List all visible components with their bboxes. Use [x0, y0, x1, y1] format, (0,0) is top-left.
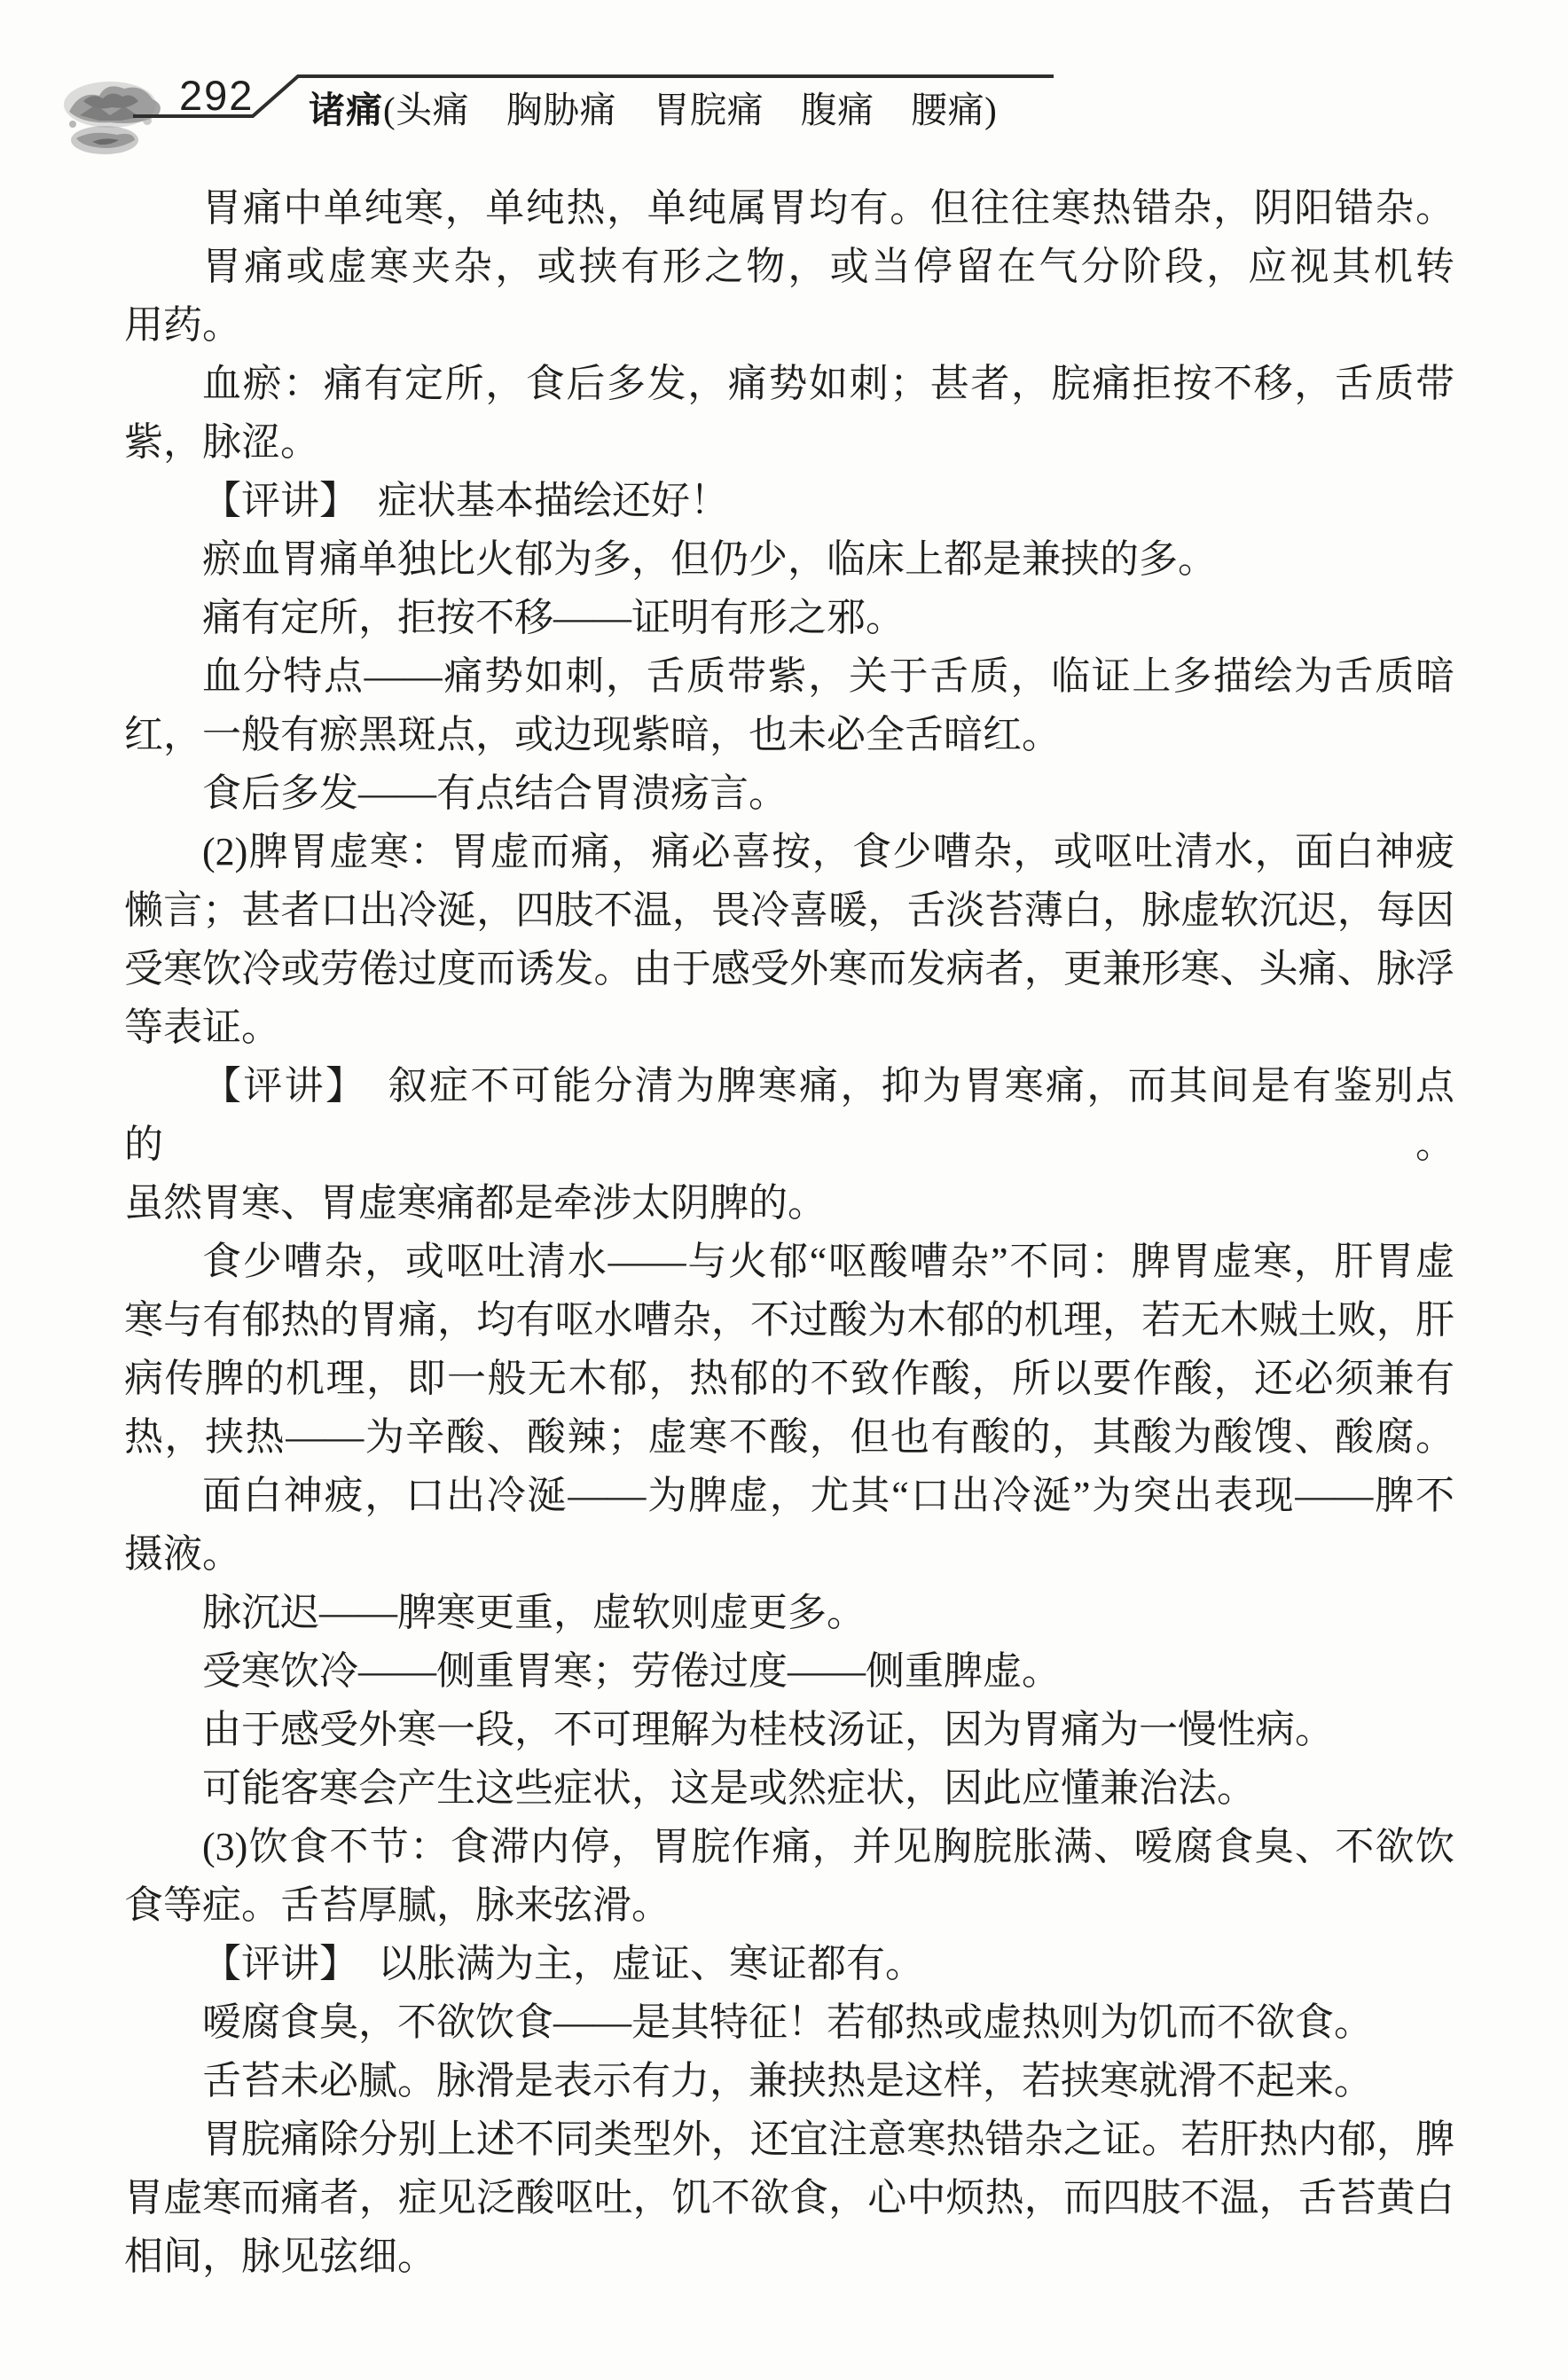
text-line: 【评讲】 叙症不可能分清为脾寒痛，抑为胃寒痛，而其间是有鉴别点的。 [124, 1057, 1454, 1174]
text-line: 可能客寒会产生这些症状，这是或然症状，因此应懂兼治法。 [124, 1759, 1454, 1818]
paragraph: 胃痛或虚寒夹杂，或挟有形之物，或当停留在气分阶段，应视其机转用药。 [124, 238, 1454, 355]
text-line: 胃痛或虚寒夹杂，或挟有形之物，或当停留在气分阶段，应视其机转 [124, 238, 1454, 296]
paragraph: 【评讲】 叙症不可能分清为脾寒痛，抑为胃寒痛，而其间是有鉴别点的。虽然胃寒、胃虚… [124, 1057, 1454, 1233]
text-line: 嗳腐食臭，不欲饮食——是其特征！若郁热或虚热则为饥而不欲食。 [124, 1993, 1454, 2052]
text-line: 食后多发——有点结合胃溃疡言。 [124, 764, 1454, 823]
paragraph: 血分特点——痛势如刺，舌质带紫，关于舌质，临证上多描绘为舌质暗红，一般有瘀黑斑点… [124, 647, 1454, 764]
paragraph: 胃脘痛除分别上述不同类型外，还宜注意寒热错杂之证。若肝热内郁，脾胃虚寒而痛者，症… [124, 2110, 1454, 2286]
text-line: 舌苔未必腻。脉滑是表示有力，兼挟热是这样，若挟寒就滑不起来。 [124, 2052, 1454, 2110]
text-line: 用药。 [124, 296, 1454, 355]
book-page: 292 诸痛(头痛 胸胁痛 胃脘痛 腹痛 腰痛) 胃痛中单纯寒，单纯热，单纯属胃… [0, 0, 1568, 2380]
text-line: 虽然胃寒、胃虚寒痛都是牵涉太阴脾的。 [124, 1174, 1454, 1233]
text-line: 食等症。舌苔厚腻，脉来弦滑。 [124, 1876, 1454, 1935]
paragraph: 嗳腐食臭，不欲饮食——是其特征！若郁热或虚热则为饥而不欲食。 [124, 1993, 1454, 2052]
paragraph: 舌苔未必腻。脉滑是表示有力，兼挟热是这样，若挟寒就滑不起来。 [124, 2052, 1454, 2110]
text-line: 【评讲】 以胀满为主，虚证、寒证都有。 [124, 1935, 1454, 1993]
text-line: 热，挟热——为辛酸、酸辣；虚寒不酸，但也有酸的，其酸为酸馊、酸腐。 [124, 1408, 1454, 1467]
text-line: 血分特点——痛势如刺，舌质带紫，关于舌质，临证上多描绘为舌质暗 [124, 647, 1454, 706]
text-line: 紫，脉涩。 [124, 413, 1454, 472]
text-line: 脉沉迟——脾寒更重，虚软则虚更多。 [124, 1584, 1454, 1642]
text-line: 痛有定所，拒按不移——证明有形之邪。 [124, 589, 1454, 647]
paragraph: 受寒饮冷——侧重胃寒；劳倦过度——侧重脾虚。 [124, 1642, 1454, 1701]
text-line: 面白神疲，口出冷涎——为脾虚，尤其“口出冷涎”为突出表现——脾不 [124, 1467, 1454, 1525]
text-line: 摄液。 [124, 1525, 1454, 1584]
text-line: 由于感受外寒一段，不可理解为桂枝汤证，因为胃痛为一慢性病。 [124, 1701, 1454, 1759]
text-line: 病传脾的机理，即一般无木郁，热郁的不致作酸，所以要作酸，还必须兼有 [124, 1350, 1454, 1408]
text-line: 胃虚寒而痛者，症见泛酸呕吐，饥不欲食，心中烦热，而四肢不温，舌苔黄白 [124, 2169, 1454, 2227]
running-title-sub: (头痛 胸胁痛 胃脘痛 腹痛 腰痛) [383, 90, 997, 130]
paragraph: 血瘀：痛有定所，食后多发，痛势如刺；甚者，脘痛拒按不移，舌质带紫，脉涩。 [124, 355, 1454, 472]
text-line: 懒言；甚者口出冷涎，四肢不温，畏冷喜暖，舌淡苔薄白，脉虚软沉迟，每因 [124, 881, 1454, 940]
paragraph: 脉沉迟——脾寒更重，虚软则虚更多。 [124, 1584, 1454, 1642]
text-line: 瘀血胃痛单独比火郁为多，但仍少，临床上都是兼挟的多。 [124, 530, 1454, 589]
text-line: 相间，脉见弦细。 [124, 2227, 1454, 2286]
text-line: 寒与有郁热的胃痛，均有呕水嘈杂，不过酸为木郁的机理，若无木贼土败，肝 [124, 1291, 1454, 1350]
text-line: 【评讲】 症状基本描绘还好！ [124, 472, 1454, 530]
paragraph: 面白神疲，口出冷涎——为脾虚，尤其“口出冷涎”为突出表现——脾不摄液。 [124, 1467, 1454, 1584]
paragraph: (3)饮食不节：食滞内停，胃脘作痛，并见胸脘胀满、嗳腐食臭、不欲饮食等症。舌苔厚… [124, 1818, 1454, 1935]
running-title-main: 诸痛 [309, 90, 383, 130]
running-title: 诸痛(头痛 胸胁痛 胃脘痛 腹痛 腰痛) [309, 89, 997, 131]
page-header: 292 诸痛(头痛 胸胁痛 胃脘痛 腹痛 腰痛) [0, 0, 1568, 182]
paragraph: 可能客寒会产生这些症状，这是或然症状，因此应懂兼治法。 [124, 1759, 1454, 1818]
paragraph: 由于感受外寒一段，不可理解为桂枝汤证，因为胃痛为一慢性病。 [124, 1701, 1454, 1759]
paragraph: 胃痛中单纯寒，单纯热，单纯属胃均有。但往往寒热错杂，阴阳错杂。 [124, 179, 1454, 238]
text-line: 胃痛中单纯寒，单纯热，单纯属胃均有。但往往寒热错杂，阴阳错杂。 [124, 179, 1454, 238]
text-line: 食少嘈杂，或呕吐清水——与火郁“呕酸嘈杂”不同：脾胃虚寒，肝胃虚 [124, 1233, 1454, 1291]
text-line: 受寒饮冷——侧重胃寒；劳倦过度——侧重脾虚。 [124, 1642, 1454, 1701]
paragraph: 瘀血胃痛单独比火郁为多，但仍少，临床上都是兼挟的多。 [124, 530, 1454, 589]
text-line: 红，一般有瘀黑斑点，或边现紫暗，也未必全舌暗红。 [124, 706, 1454, 764]
paragraph: 痛有定所，拒按不移——证明有形之邪。 [124, 589, 1454, 647]
paragraph: 食少嘈杂，或呕吐清水——与火郁“呕酸嘈杂”不同：脾胃虚寒，肝胃虚寒与有郁热的胃痛… [124, 1233, 1454, 1467]
paragraph: 食后多发——有点结合胃溃疡言。 [124, 764, 1454, 823]
paragraph: 【评讲】 以胀满为主，虚证、寒证都有。 [124, 1935, 1454, 1993]
text-line: 胃脘痛除分别上述不同类型外，还宜注意寒热错杂之证。若肝热内郁，脾 [124, 2110, 1454, 2169]
page-body: 胃痛中单纯寒，单纯热，单纯属胃均有。但往往寒热错杂，阴阳错杂。胃痛或虚寒夹杂，或… [124, 179, 1454, 2286]
paragraph: 【评讲】 症状基本描绘还好！ [124, 472, 1454, 530]
text-line: (3)饮食不节：食滞内停，胃脘作痛，并见胸脘胀满、嗳腐食臭、不欲饮 [124, 1818, 1454, 1876]
paragraph: (2)脾胃虚寒：胃虚而痛，痛必喜按，食少嘈杂，或呕吐清水，面白神疲懒言；甚者口出… [124, 823, 1454, 1057]
text-line: (2)脾胃虚寒：胃虚而痛，痛必喜按，食少嘈杂，或呕吐清水，面白神疲 [124, 823, 1454, 881]
text-line: 受寒饮冷或劳倦过度而诱发。由于感受外寒而发病者，更兼形寒、头痛、脉浮 [124, 940, 1454, 998]
text-line: 等表证。 [124, 998, 1454, 1057]
text-line: 血瘀：痛有定所，食后多发，痛势如刺；甚者，脘痛拒按不移，舌质带 [124, 355, 1454, 413]
